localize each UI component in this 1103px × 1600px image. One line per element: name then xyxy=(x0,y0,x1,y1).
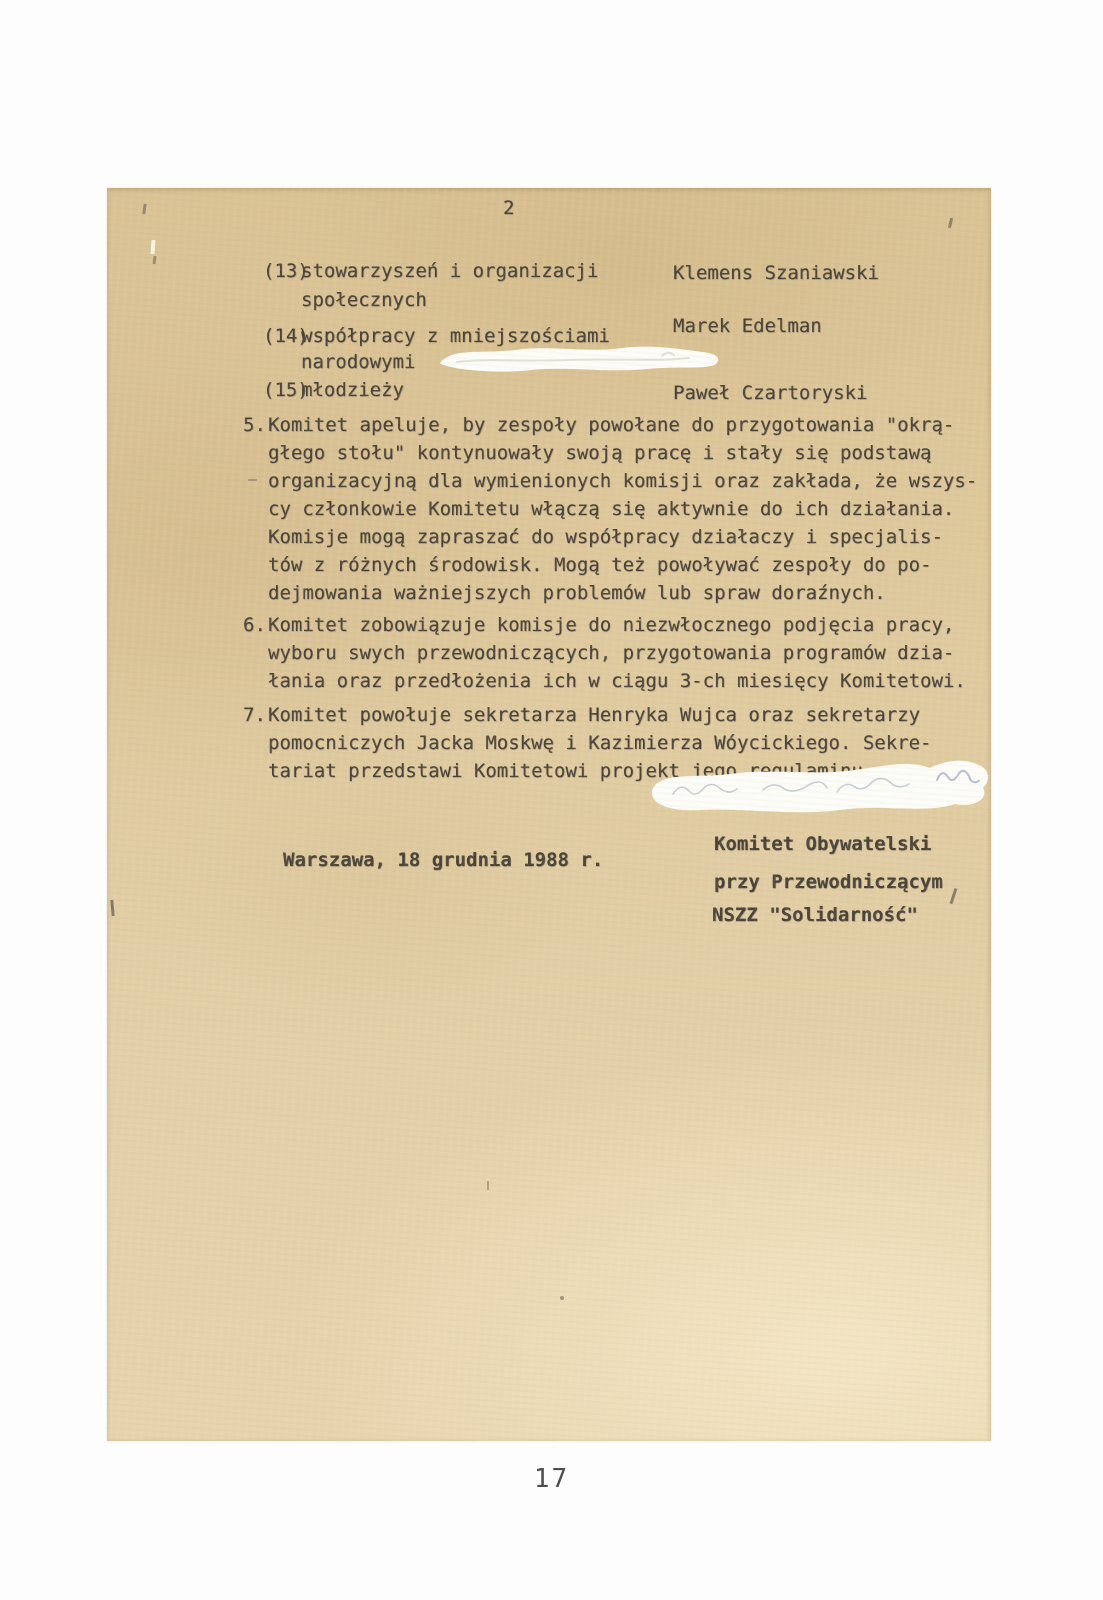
paragraph-5-number: 5. xyxy=(243,415,266,436)
list-item-13-text-line1: stowarzyszeń i organizacji xyxy=(301,261,598,282)
list-item-13-person-name: Klemens Szaniawski xyxy=(673,263,879,284)
paragraph-5-line7: dejmowania ważniejszych problemów lub sp… xyxy=(268,583,886,604)
list-item-13-text-line2: społecznych xyxy=(301,290,427,311)
page-number-bottom: 17 xyxy=(0,1464,1103,1494)
dateline: Warszawa, 18 grudnia 1988 r. xyxy=(283,850,603,871)
paragraph-7-line1: Komitet powołuje sekretarza Henryka Wujc… xyxy=(268,705,920,726)
stray-slash-mark xyxy=(110,900,114,916)
paragraph-6-line1: Komitet zobowiązuje komisje do niezwłocz… xyxy=(268,615,954,636)
scan-backdrop: 2 (13) stowarzyszeń i organizacji społec… xyxy=(0,0,1103,1600)
paragraph-5-line4: cy członkowie Komitetu włączą się aktywn… xyxy=(268,499,954,520)
paragraph-7-line2: pomocniczych Jacka Moskwę i Kazimierza W… xyxy=(268,733,931,754)
paragraph-5-line2: głego stołu" kontynuowały swoją pracę i … xyxy=(268,443,931,464)
paragraph-7-number: 7. xyxy=(243,705,266,726)
stray-dot-mark xyxy=(560,1296,564,1300)
list-item-15-text-line1: młodzieży xyxy=(301,380,404,401)
stray-ink-mark xyxy=(153,256,157,264)
paragraph-5-line6: tów z różnych środowisk. Mogą też powoły… xyxy=(268,555,931,576)
white-speck xyxy=(151,240,156,254)
list-item-14-person-name: Marek Edelman xyxy=(673,316,822,337)
document-paper: 2 (13) stowarzyszeń i organizacji społec… xyxy=(107,188,991,1441)
stray-dash-mark xyxy=(248,479,257,481)
stray-slash-mark xyxy=(950,888,957,904)
whiteout-smear-signature xyxy=(645,758,993,832)
list-item-15-person-name: Paweł Czartoryski xyxy=(673,383,867,404)
page-number-top: 2 xyxy=(503,198,514,219)
paragraph-6-line2: wyboru swych przewodniczących, przygotow… xyxy=(268,643,954,664)
list-item-14-text-line2: narodowymi xyxy=(301,352,415,373)
signature-org-line3: NSZZ "Solidarność" xyxy=(712,905,918,926)
whiteout-smear-list xyxy=(437,338,725,380)
paragraph-6-number: 6. xyxy=(243,615,266,636)
paragraph-6-line3: łania oraz przedłożenia ich w ciągu 3-ch… xyxy=(268,671,966,692)
stray-ink-mark xyxy=(142,204,147,214)
paragraph-5-line5: Komisje mogą zapraszać do współpracy dzi… xyxy=(268,527,943,548)
stray-ink-mark xyxy=(487,1181,489,1190)
paragraph-5-line3: organizacyjną dla wymienionych komisji o… xyxy=(268,471,977,492)
signature-org-line1: Komitet Obywatelski xyxy=(714,834,931,855)
stray-ink-mark xyxy=(948,218,953,228)
paragraph-5-line1: Komitet apeluje, by zespoły powołane do … xyxy=(268,415,954,436)
signature-org-line2: przy Przewodniczącym xyxy=(714,872,943,893)
